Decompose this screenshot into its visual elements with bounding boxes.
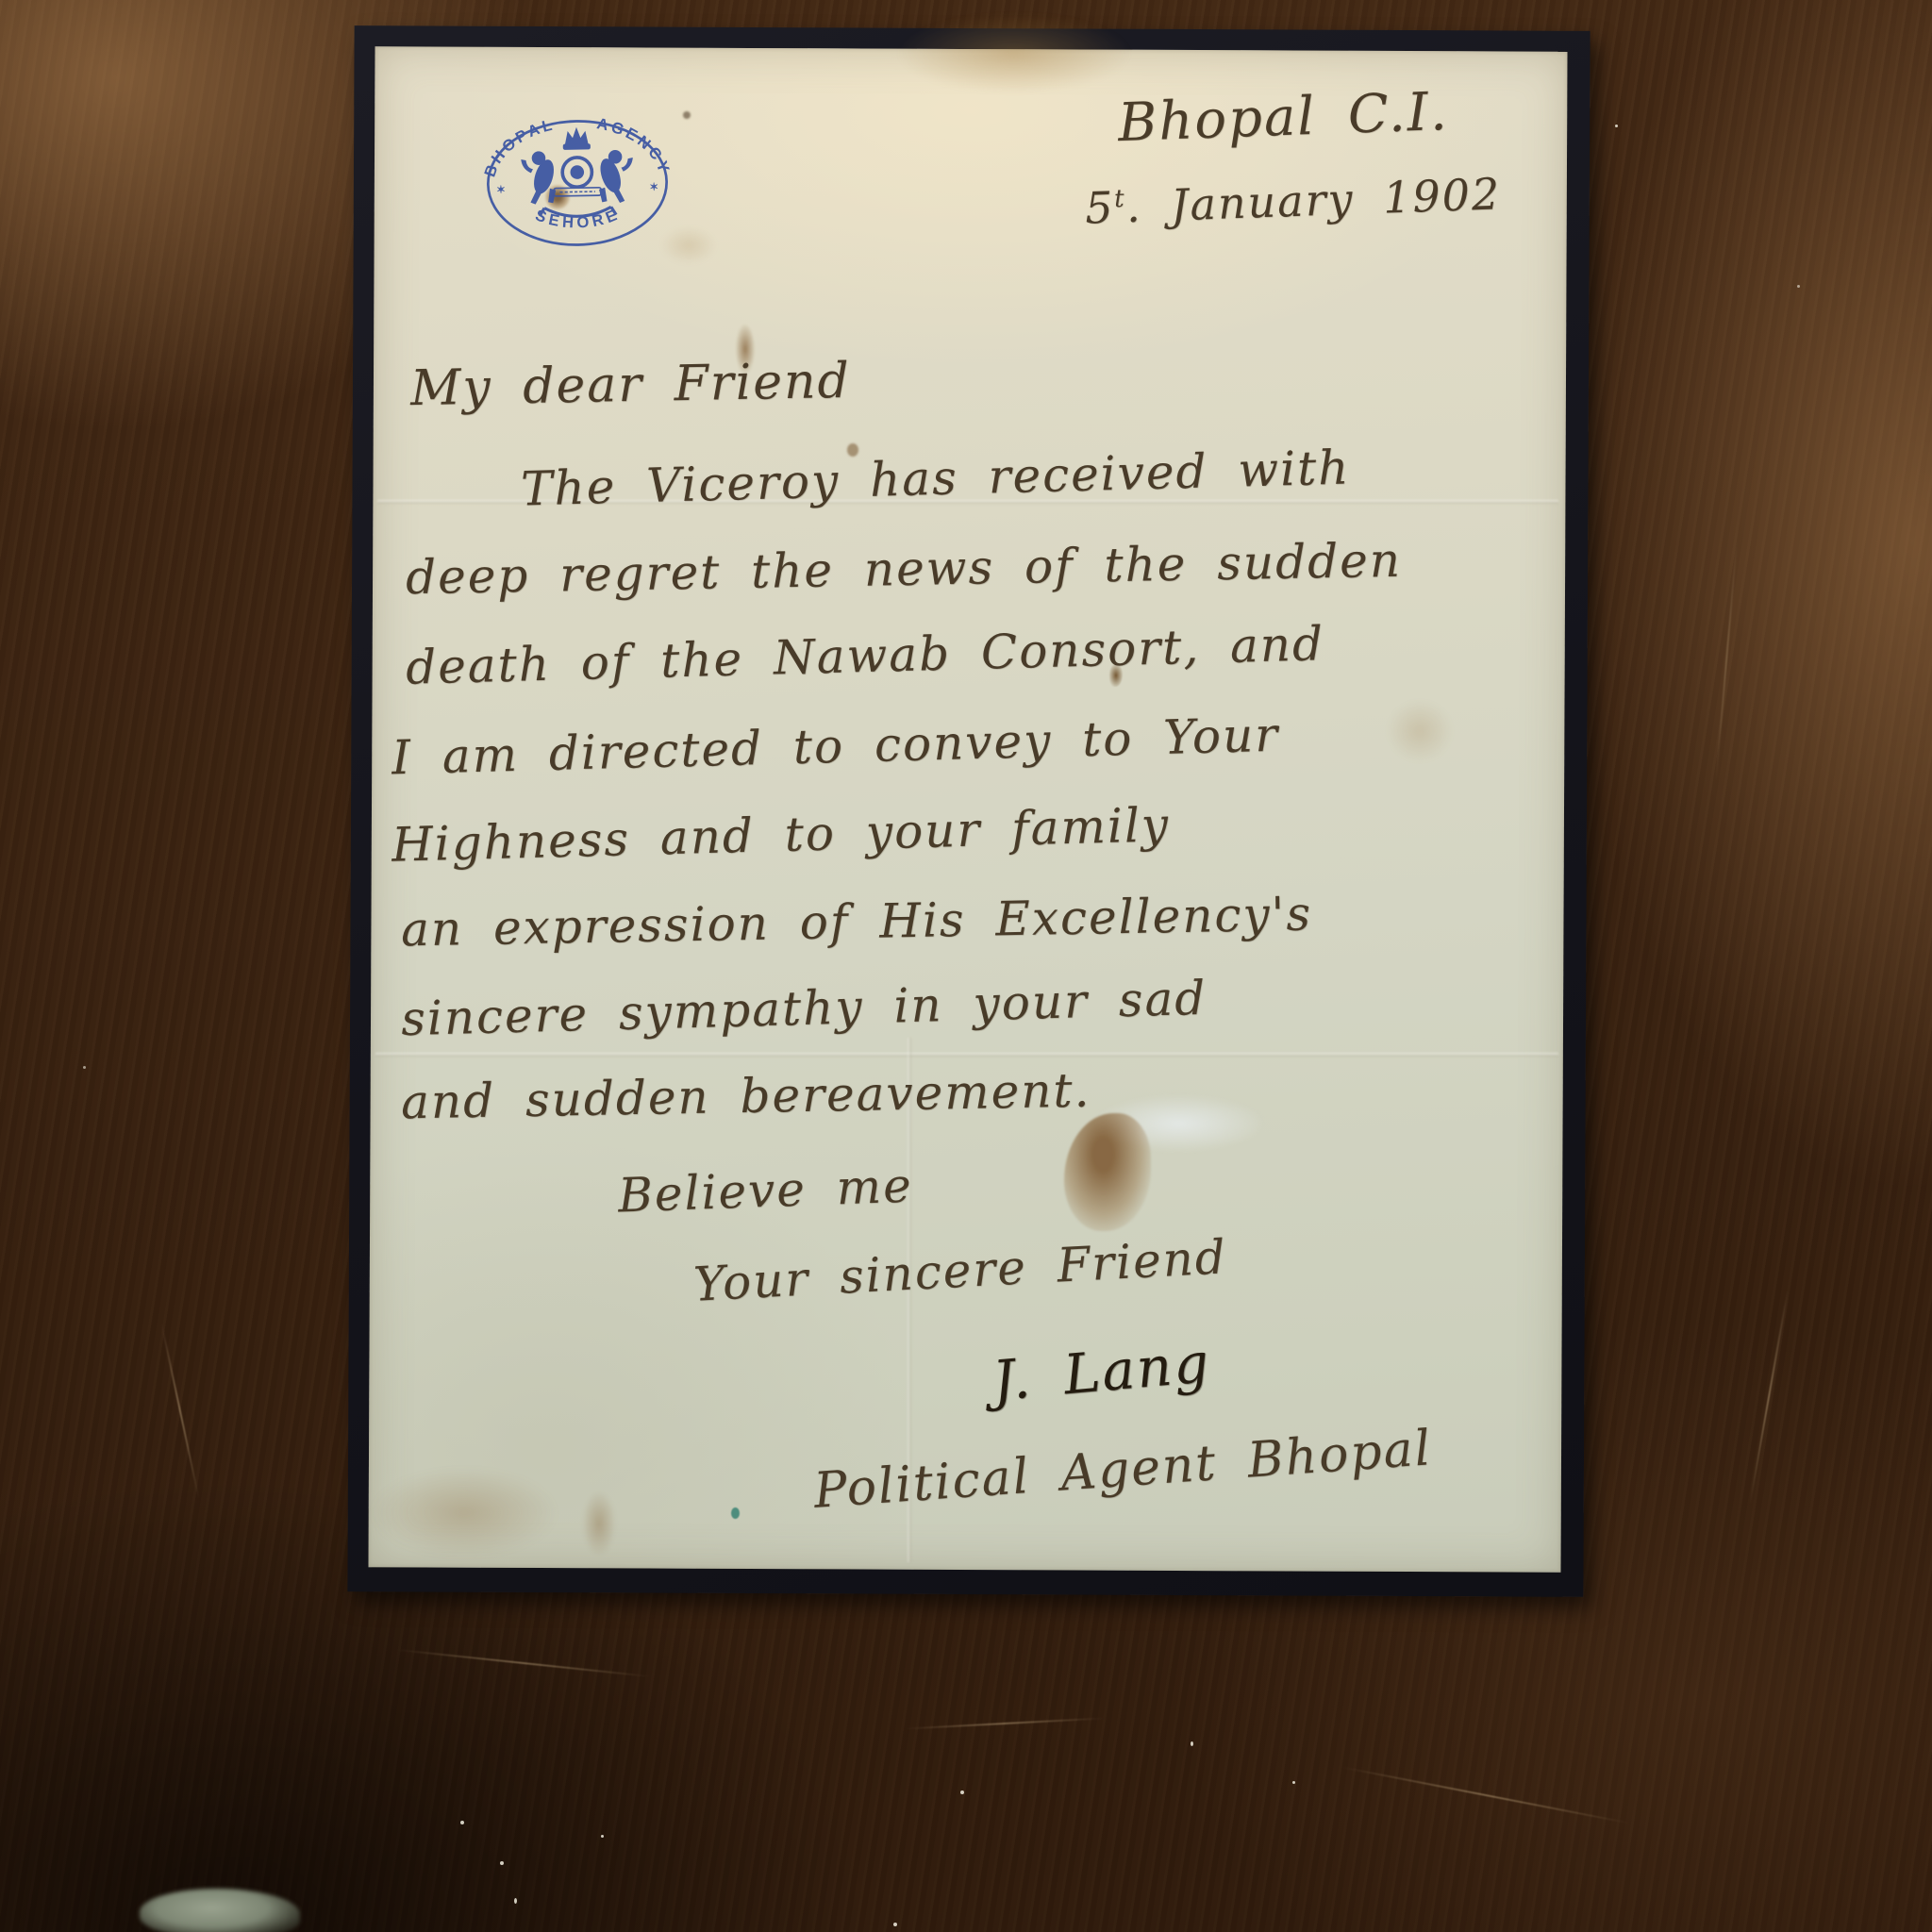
paper-stain [683,111,691,119]
crest-star-left: ✶ [496,185,506,196]
photograph-of-letter: BHOPAL AGENCY SEHORE [0,0,1932,1932]
dust-speck [83,1066,86,1069]
paper-stain [370,1468,558,1557]
dust-speck [893,1923,897,1926]
wood-scratch [397,1649,651,1677]
dust-speck [1615,125,1618,127]
dust-speck [1191,1741,1193,1746]
agency-crest-stamp: BHOPAL AGENCY SEHORE [478,109,677,257]
paper-stain [1387,700,1453,762]
dust-speck [460,1821,464,1824]
paper-stain [896,13,1132,93]
wood-scratch [1749,1291,1789,1505]
fabric-object [140,1889,300,1932]
dust-speck [514,1898,517,1904]
wood-scratch [160,1324,199,1499]
wood-scratch [906,1718,1104,1730]
dust-speck [500,1861,504,1865]
wood-scratch [1715,539,1739,783]
paper-stain [731,1507,740,1519]
crest-crown [562,126,591,149]
date-day: 5 [1084,182,1115,234]
paper-stain [583,1492,615,1555]
crest-star-right: ✶ [649,182,658,193]
dust-speck [960,1790,964,1794]
crest-shield [554,158,602,196]
paper-crease [375,1053,1558,1057]
dust-speck [1292,1781,1295,1784]
dust-speck [601,1835,604,1838]
date-ordinal: t [1114,185,1126,213]
place-line: Bhopal C.I. [1117,81,1450,154]
crest-lion-right [596,150,634,204]
crest-lion-left [521,151,558,205]
salutation-line: My dear Friend [410,353,852,417]
dust-speck [1797,285,1800,288]
closing-line: Believe me [617,1158,913,1224]
wood-scratch [1342,1766,1630,1824]
